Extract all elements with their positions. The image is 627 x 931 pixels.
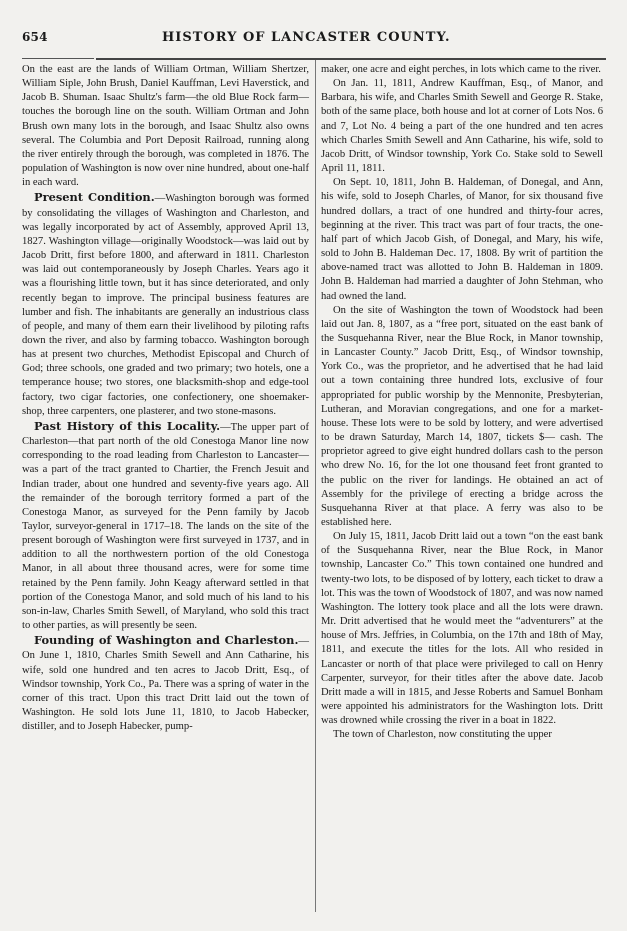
paragraph: On the east are the lands of William Ort… — [22, 63, 309, 190]
header-rule-left — [22, 58, 94, 59]
paragraph: maker, one acre and eight perches, in lo… — [321, 63, 603, 77]
paragraph: On Jan. 11, 1811, Andrew Kauffman, Esq.,… — [321, 77, 603, 176]
paragraph-body: —The upper part of Charleston—that part … — [22, 422, 309, 631]
running-title: HISTORY OF LANCASTER COUNTY. — [162, 30, 451, 45]
paragraph-present-condition: Present Condition.—Washington borough wa… — [22, 190, 309, 419]
paragraph: On Sept. 10, 1811, John B. Haldeman, of … — [321, 176, 603, 303]
section-heading: Past History of this Locality. — [34, 419, 220, 433]
paragraph: On July 15, 1811, Jacob Dritt laid out a… — [321, 530, 603, 728]
paragraph: The town of Charleston, now constituting… — [321, 728, 603, 742]
header-rule-right — [96, 58, 606, 60]
paragraph-body: —Washington borough was formed by consol… — [22, 193, 309, 416]
column-divider — [315, 60, 316, 912]
paragraph-past-history: Past History of this Locality.—The upper… — [22, 419, 309, 633]
section-heading: Present Condition. — [34, 190, 155, 204]
paragraph: On the site of Washington the town of Wo… — [321, 304, 603, 531]
left-column: On the east are the lands of William Ort… — [22, 63, 309, 734]
right-column: maker, one acre and eight perches, in lo… — [321, 63, 603, 743]
section-heading: Founding of Washington and Charleston. — [34, 633, 298, 647]
page-number: 654 — [22, 30, 48, 44]
page-header: 654 HISTORY OF LANCASTER COUNTY. — [22, 30, 606, 50]
paragraph-body: —On June 1, 1810, Charles Smith Sewell a… — [22, 636, 309, 732]
paragraph-founding: Founding of Washington and Charleston.—O… — [22, 633, 309, 734]
